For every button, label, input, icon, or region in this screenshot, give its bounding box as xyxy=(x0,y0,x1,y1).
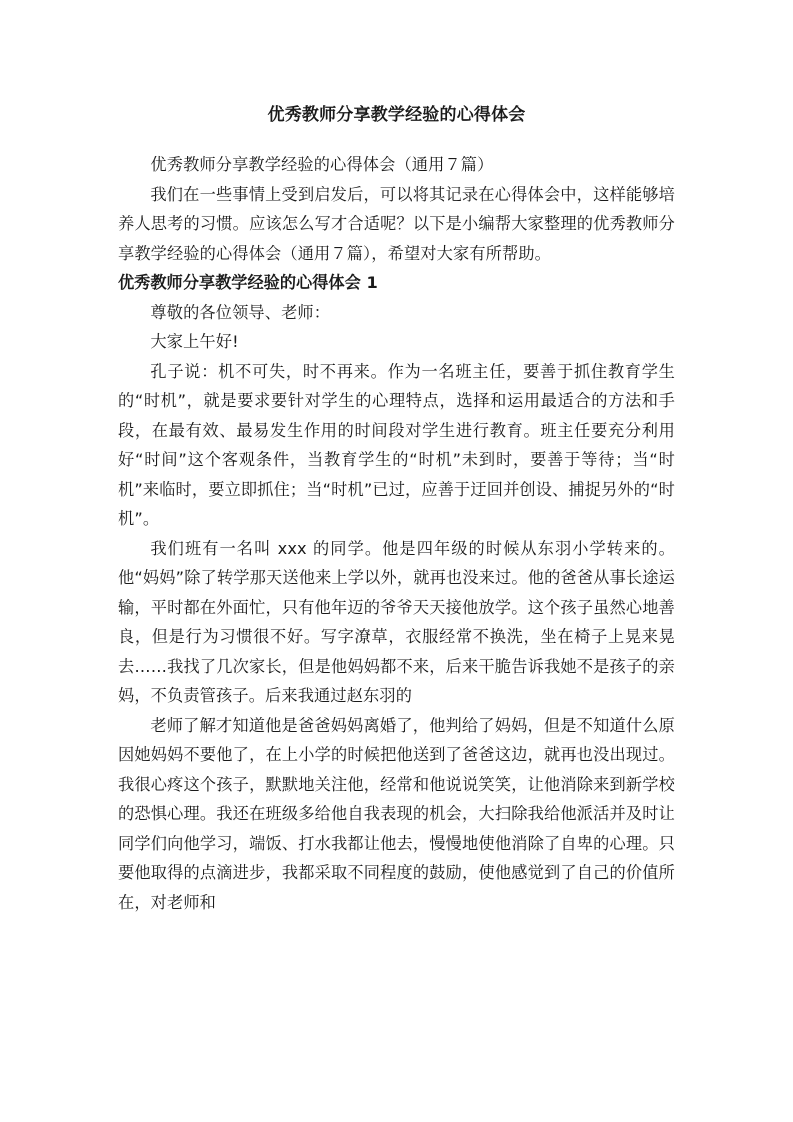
body-paragraph: 孔子说：机不可失，时不再来。作为一名班主任，要善于抓住教育学生的“时机”，就是要… xyxy=(118,357,675,534)
document-title: 优秀教师分享教学经验的心得体会 xyxy=(118,100,675,130)
section-1: 优秀教师分享教学经验的心得体会 1 尊敬的各位领导、老师： 大家上午好! 孔子说… xyxy=(118,268,675,917)
section-heading: 优秀教师分享教学经验的心得体会 1 xyxy=(118,268,675,298)
body-paragraph: 我们班有一名叫 xxx 的同学。他是四年级的时候从东羽小学转来的。他“妈妈”除了… xyxy=(118,534,675,711)
document-page: 优秀教师分享教学经验的心得体会 优秀教师分享教学经验的心得体会（通用７篇） 我们… xyxy=(118,100,675,917)
intro-paragraph: 我们在一些事情上受到启发后，可以将其记录在心得体会中，这样能够培养人思考的习惯。… xyxy=(118,180,675,269)
body-paragraph: 老师了解才知道他是爸爸妈妈离婚了，他判给了妈妈，但是不知道什么原因她妈妈不要他了… xyxy=(118,711,675,918)
salutation: 尊敬的各位领导、老师： xyxy=(118,298,675,328)
greeting: 大家上午好! xyxy=(118,327,675,357)
document-subtitle: 优秀教师分享教学经验的心得体会（通用７篇） xyxy=(118,150,675,180)
